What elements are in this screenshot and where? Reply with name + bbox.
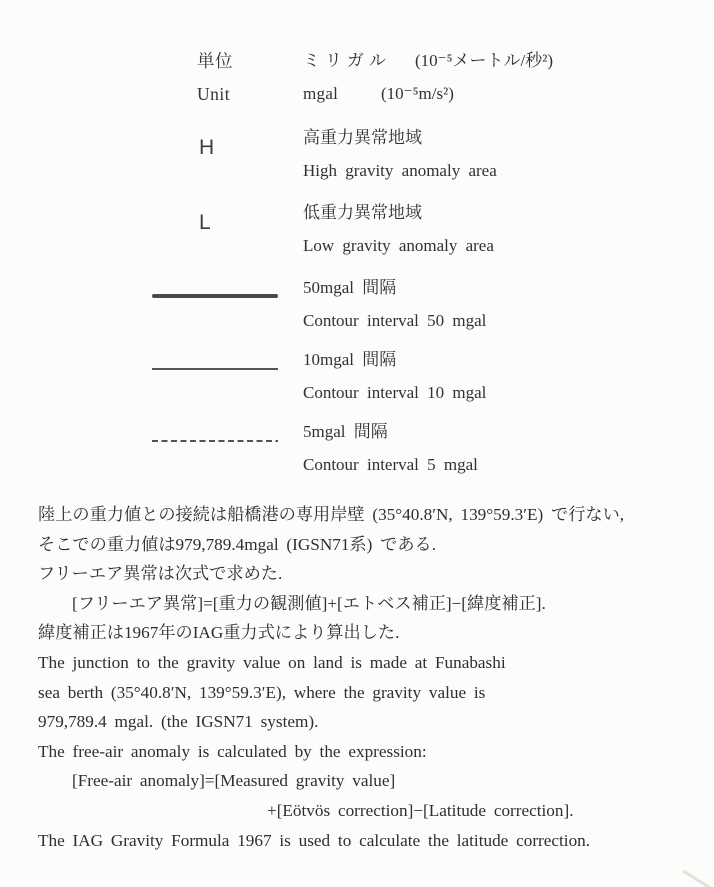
contour-50-desc: 50mgal 間隔 Contour interval 50 mgal: [303, 272, 486, 337]
unit-value-jp: ミリガル(10⁻⁵メートル/秒²): [303, 45, 553, 78]
unit-label-jp: 単位: [197, 45, 233, 78]
contour-10-desc-en: Contour interval 10 mgal: [303, 377, 486, 410]
contour-5-desc: 5mgal 間隔 Contour interval 5 mgal: [303, 416, 478, 481]
contour-5-desc-jp: 5mgal 間隔: [303, 416, 478, 449]
contour-50-desc-en: Contour interval 50 mgal: [303, 305, 486, 338]
unit-value-en: mgal(10⁻⁵m/s²): [303, 78, 553, 111]
note-line: 緯度補正は1967年のIAG重力式により算出した.: [38, 618, 706, 648]
note-line: The IAG Gravity Formula 1967 is used to …: [38, 826, 706, 856]
scan-artifact: [682, 870, 714, 887]
low-anomaly-symbol: L: [199, 211, 211, 235]
scanned-page: 単位 Unit ミリガル(10⁻⁵メートル/秒²) mgal(10⁻⁵m/s²)…: [0, 0, 714, 887]
high-anomaly-desc-en: High gravity anomaly area: [303, 155, 497, 188]
notes-paragraph: 陸上の重力値との接続は船橋港の専用岸壁 (35°40.8′N, 139°59.3…: [38, 500, 706, 855]
note-line: The free-air anomaly is calculated by th…: [38, 737, 706, 767]
note-line-formula-jp: [フリーエア異常]=[重力の観測値]+[エトベス補正]−[緯度補正].: [38, 589, 706, 619]
note-line: フリーエア異常は次式で求めた.: [38, 559, 706, 589]
contour-50-desc-jp: 50mgal 間隔: [303, 272, 486, 305]
note-line-formula-en: [Free-air anomaly]=[Measured gravity val…: [38, 766, 706, 796]
unit-label: 単位 Unit: [197, 45, 233, 111]
unit-value: ミリガル(10⁻⁵メートル/秒²) mgal(10⁻⁵m/s²): [303, 45, 553, 110]
low-anomaly-desc: 低重力異常地域 Low gravity anomaly area: [303, 197, 494, 262]
note-line: 979,789.4 mgal. (the IGSN71 system).: [38, 707, 706, 737]
dashed-line-icon: [152, 440, 278, 442]
contour-10-desc-jp: 10mgal 間隔: [303, 344, 486, 377]
note-line: The junction to the gravity value on lan…: [38, 648, 706, 678]
unit-label-en: Unit: [197, 78, 233, 111]
high-anomaly-desc: 高重力異常地域 High gravity anomaly area: [303, 122, 497, 187]
low-anomaly-desc-jp: 低重力異常地域: [303, 197, 494, 230]
low-anomaly-desc-en: Low gravity anomaly area: [303, 230, 494, 263]
high-anomaly-symbol: H: [199, 136, 214, 160]
thin-solid-line-icon: [152, 368, 278, 370]
contour-10-desc: 10mgal 間隔 Contour interval 10 mgal: [303, 344, 486, 409]
note-line: 陸上の重力値との接続は船橋港の専用岸壁 (35°40.8′N, 139°59.3…: [38, 500, 706, 530]
note-line-formula-en-cont: +[Eötvös correction]−[Latitude correctio…: [38, 796, 706, 826]
note-line: sea berth (35°40.8′N, 139°59.3′E), where…: [38, 678, 706, 708]
high-anomaly-desc-jp: 高重力異常地域: [303, 122, 497, 155]
note-line: そこでの重力値は979,789.4mgal (IGSN71系) である.: [38, 530, 706, 560]
contour-5-desc-en: Contour interval 5 mgal: [303, 449, 478, 482]
thick-solid-line-icon: [152, 294, 278, 298]
